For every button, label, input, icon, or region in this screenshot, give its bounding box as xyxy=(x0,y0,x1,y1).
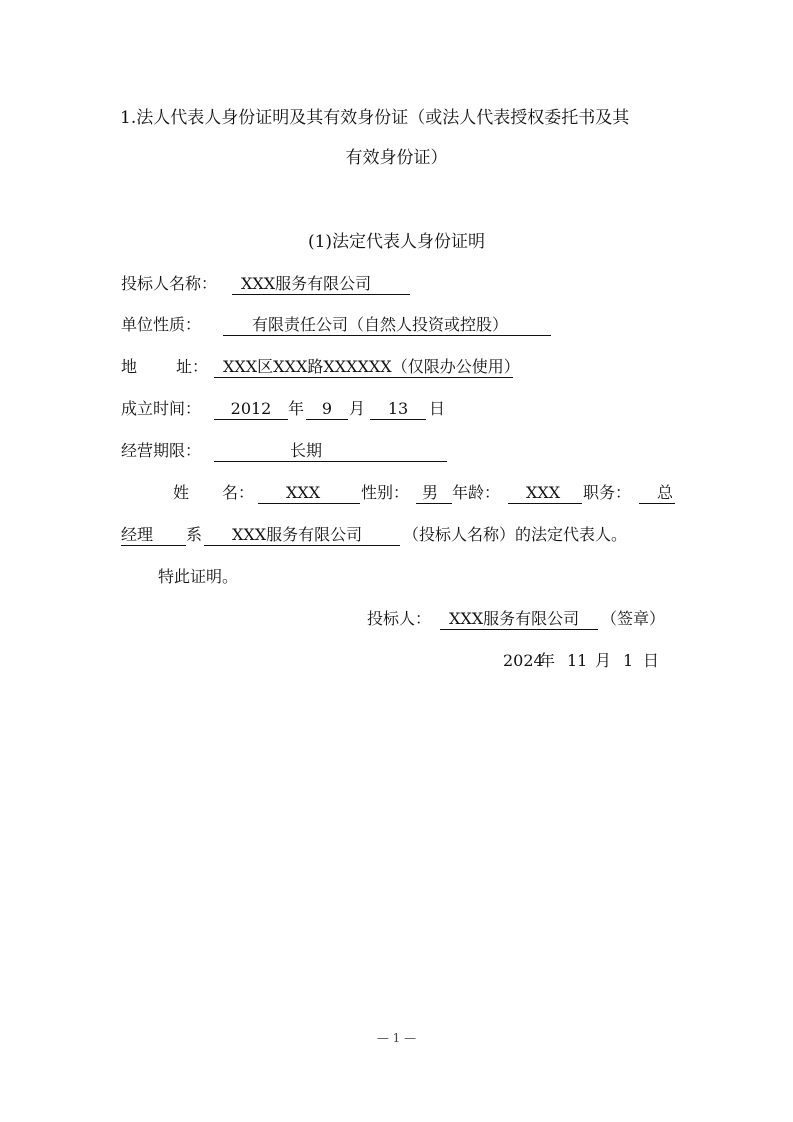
certify-text: 特此证明。 xyxy=(158,566,238,588)
heading-text-cont: 有效身份证） xyxy=(346,148,448,168)
bidder-name-label: 投标人名称： xyxy=(121,273,217,295)
signature-value: XXX服务有限公司 xyxy=(449,608,579,630)
established-month: 9 xyxy=(322,399,332,418)
section-heading-line2: 有效身份证） xyxy=(0,147,793,169)
date-month: 11 xyxy=(567,650,587,672)
company-value: XXX服务有限公司 xyxy=(232,524,362,546)
address-value: XXX区XXX路XXXXXX（仅限办公使用） xyxy=(223,356,520,378)
representative-suffix: （投标人名称）的法定代表人。 xyxy=(403,524,627,546)
title-value-line-part2[interactable]: 经理 xyxy=(121,524,186,546)
gender-label: 性别： xyxy=(361,482,409,504)
company-value-line[interactable]: XXX服务有限公司 xyxy=(204,524,400,546)
address-label-b: 址： xyxy=(176,356,208,378)
established-month-unit: 月 xyxy=(349,398,365,420)
established-day-line[interactable]: 13 xyxy=(370,398,426,420)
name-value-line[interactable]: XXX xyxy=(258,482,360,504)
title-value-part1: 总 xyxy=(657,482,673,504)
title-value-part2: 经理 xyxy=(121,524,153,546)
date-month-unit: 月 xyxy=(595,650,611,672)
date-day: 1 xyxy=(623,650,633,672)
gender-value: 男 xyxy=(422,482,438,504)
age-label: 年龄： xyxy=(452,482,500,504)
established-day-unit: 日 xyxy=(429,398,445,420)
subtitle-text: (1)法定代表人身份证明 xyxy=(308,232,485,252)
name-label-a: 姓 xyxy=(173,482,189,504)
name-value: XXX xyxy=(286,482,320,504)
established-day: 13 xyxy=(388,399,408,418)
signature-value-line[interactable]: XXX服务有限公司 xyxy=(440,608,598,630)
title-value-line-part1[interactable]: 总 xyxy=(639,482,675,504)
page-number: — 1 — xyxy=(0,1031,793,1045)
address-label-a: 地 xyxy=(121,356,137,378)
section-heading-line1: 1.法人代表人身份证明及其有效身份证（或法人代表授权委托书及其 xyxy=(120,107,629,129)
term-value-line[interactable]: 长期 xyxy=(214,440,447,462)
signature-label: 投标人： xyxy=(367,608,431,630)
gender-value-line[interactable]: 男 xyxy=(416,482,452,504)
page-number-text: — 1 — xyxy=(377,1031,416,1045)
bidder-name-value: XXX服务有限公司 xyxy=(241,273,371,295)
established-month-line[interactable]: 9 xyxy=(306,398,348,420)
relation-text: 系 xyxy=(186,524,202,546)
address-value-line[interactable]: XXX区XXX路XXXXXX（仅限办公使用） xyxy=(214,356,513,378)
term-label: 经营期限： xyxy=(121,440,201,462)
age-value: XXX xyxy=(526,482,560,504)
subtitle: (1)法定代表人身份证明 xyxy=(0,231,793,253)
age-value-line[interactable]: XXX xyxy=(508,482,582,504)
unit-nature-value-line[interactable]: 有限责任公司（自然人投资或控股） xyxy=(223,314,551,336)
date-year: 2024 xyxy=(503,650,544,672)
established-label: 成立时间： xyxy=(121,398,201,420)
title-label: 职务： xyxy=(583,482,631,504)
established-year-unit: 年 xyxy=(288,398,304,420)
name-label-b: 名： xyxy=(222,482,254,504)
bidder-name-value-line[interactable]: XXX服务有限公司 xyxy=(232,273,410,295)
certify-label: 特此证明。 xyxy=(158,567,238,586)
term-value: 长期 xyxy=(290,440,322,462)
date-year-unit: 年 xyxy=(539,650,555,672)
unit-nature-value: 有限责任公司（自然人投资或控股） xyxy=(252,314,508,336)
unit-nature-label: 单位性质： xyxy=(121,314,201,336)
heading-text: 1.法人代表人身份证明及其有效身份证（或法人代表授权委托书及其 xyxy=(120,108,629,128)
established-year: 2012 xyxy=(231,399,272,418)
established-year-line[interactable]: 2012 xyxy=(214,398,288,420)
date-day-unit: 日 xyxy=(643,650,659,672)
signature-suffix: （签章） xyxy=(601,608,665,630)
